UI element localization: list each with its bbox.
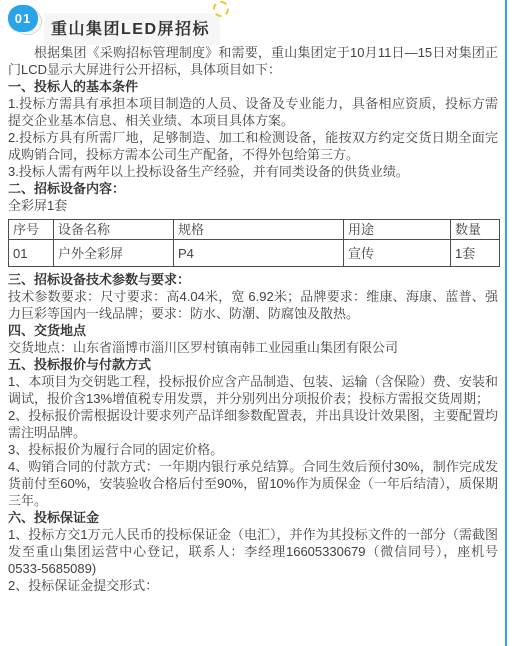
document-page: 01 重山集团LED屏招标 根据集团《采购招标管理制度》和需要，重山集团定于10… [0,0,512,646]
deposit-item-1: 1、投标方交1万元人民币的投标保证金（电汇），并作为其投标文件的一部分（需截图发… [8,526,498,577]
quotation-item-1: 1、本项目为交钥匙工程，投标报价应含产品制造、包装、运输（含保险）费、安装和调试… [8,373,498,407]
right-accent-line [505,0,507,646]
technical-params-text: 技术参数要求：尺寸要求：高4.04米，宽 6.92米；品牌要求：维康、海康、蓝普… [8,288,498,322]
page-title: 重山集团LED屏招标 [44,13,220,45]
bidder-requirement-1: 1.投标方需具有承担本项目制造的人员、设备及专业能力，具备相应资质，投标方需提交… [8,95,498,129]
col-header-device-name: 设备名称 [54,220,174,240]
col-header-quantity: 数量 [451,220,500,240]
col-header-spec: 规格 [174,220,344,240]
page-title-text: 重山集团LED屏招标 [51,21,210,38]
cell-usage: 宣传 [344,240,451,267]
heading-bidder-requirements: 一、投标人的基本条件 [8,78,498,95]
bidder-requirement-3: 3.投标人需有两年以上投标设备生产经验，并有同类设备的供货业绩。 [8,163,498,180]
heading-bid-deposit: 六、投标保证金 [8,509,498,526]
delivery-location-text: 交货地点：山东省淄博市淄川区罗村镇南韩工业园重山集团有限公司 [8,339,498,356]
cell-device-name: 户外全彩屏 [54,240,174,267]
dashed-circle-icon [213,1,229,17]
heading-quotation-payment: 五、投标报价与付款方式 [8,356,498,373]
heading-delivery-location: 四、交货地点 [8,322,498,339]
quotation-item-4: 4、购销合同的付款方式：一年期内银行承兑结算。合同生效后预付30%，制作完成发货… [8,458,498,509]
cell-spec: P4 [174,240,344,267]
heading-technical-params: 三、招标设备技术参数与要求： [8,271,498,288]
equipment-table: 序号 设备名称 规格 用途 数量 01 户外全彩屏 P4 宣传 1套 [8,219,500,267]
bidder-requirement-2: 2.投标方具有所需厂地，足够制造、加工和检测设备，能按双方约定交货日期全面完成购… [8,129,498,163]
article-body: 根据集团《采购招标管理制度》和需要，重山集团定于10月11日—15日对集团正门L… [8,44,498,594]
cell-index: 01 [9,240,54,267]
intro-paragraph: 根据集团《采购招标管理制度》和需要，重山集团定于10月11日—15日对集团正门L… [8,44,498,78]
col-header-usage: 用途 [344,220,451,240]
deposit-item-2: 2、投标保证金提交形式： [8,577,498,594]
equipment-table-header-row: 序号 设备名称 规格 用途 数量 [9,220,500,240]
article-header: 01 重山集团LED屏招标 [0,0,512,40]
table-row: 01 户外全彩屏 P4 宣传 1套 [9,240,500,267]
badge-number: 01 [8,5,38,32]
heading-equipment-content: 二、招标设备内容： [8,180,498,197]
quotation-item-3: 3、投标报价为履行合同的固定价格。 [8,441,498,458]
col-header-index: 序号 [9,220,54,240]
quotation-item-2: 2、投标报价需根据设计要求列产品详细参数配置表，并出具设计效果图，主要配置均需注… [8,407,498,441]
equipment-summary: 全彩屏1套 [8,197,498,214]
number-badge: 01 [8,5,42,34]
cell-quantity: 1套 [451,240,500,267]
